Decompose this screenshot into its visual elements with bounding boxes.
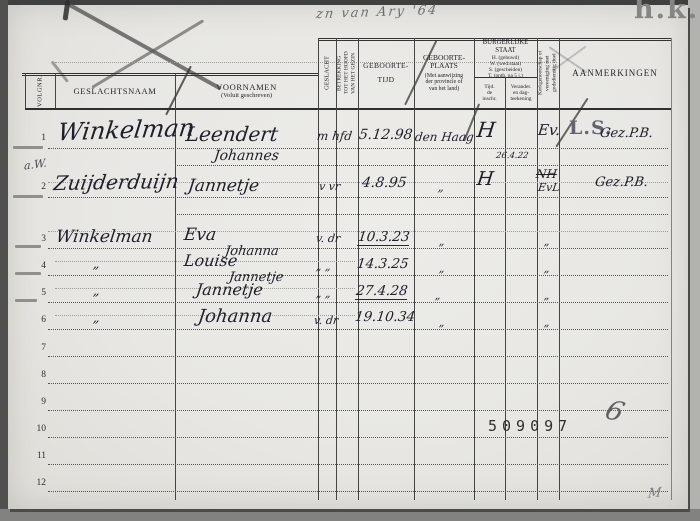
row3-surname: Winkelman <box>55 227 154 247</box>
row1-sex-relation: m hfd <box>316 129 353 143</box>
row4-sex-relation: „ „ <box>315 260 332 273</box>
row-number: 12 <box>26 478 46 488</box>
row-number: 7 <box>26 343 46 353</box>
burg-legend: H. (gehuwd) W. (wed.staat) S. (gescheide… <box>488 55 523 79</box>
row3-sex-relation: v. dr <box>315 232 341 245</box>
burg-title: BURGERLIJKE STAAT <box>483 39 529 54</box>
row3-birthdate: 10.3.23 <box>357 229 411 246</box>
row-number: 9 <box>26 397 46 407</box>
row5-sex-relation: „ „ <box>315 287 332 300</box>
row6-given-name: Johanna <box>197 306 274 327</box>
header-bottom-border <box>25 108 671 110</box>
row2-church-2: EvL <box>537 181 560 194</box>
row5-birthdate: 27.4.28 <box>355 283 409 300</box>
row-rule-5 <box>48 302 668 303</box>
row-rule-1 <box>48 148 668 149</box>
row-number: 1 <box>26 133 46 143</box>
column-header-geslachtsnaam: GESLACHTSNAAM <box>55 74 175 107</box>
row2-given-name: Jannetje <box>187 176 261 196</box>
row5-given-name: Jannetje <box>195 280 264 299</box>
scanned-family-register-card: zn van Ary '64 h.k. VOLGNR. GESLACHTSNAA… <box>0 0 700 521</box>
row-rule-3 <box>48 248 668 249</box>
column-header-aanmerkingen: AANMERKINGEN <box>559 39 671 107</box>
row-rule-2 <box>48 197 668 198</box>
grid-vline <box>671 38 672 500</box>
row-rule-4 <box>48 275 668 276</box>
photo-edge-left <box>0 0 8 521</box>
row-rule-8 <box>48 383 668 384</box>
column-header-geboorteplaats: GEBOORTE- PLAATS (Met aanwijzing der pro… <box>414 39 474 107</box>
row2-civil-status: H <box>476 168 495 190</box>
photo-edge-right <box>688 0 700 521</box>
pencil-dash <box>13 195 43 198</box>
voornamen-title: VOORNAMEN <box>216 82 277 92</box>
registration-number-stamp: 509097 <box>488 417 572 435</box>
pencil-dash <box>15 245 41 248</box>
row4-given-name: Louise <box>183 251 239 270</box>
row-rule-11 <box>48 464 668 465</box>
row2-sex-relation: v vr <box>318 180 341 193</box>
row-rule-10 <box>48 437 668 438</box>
column-header-geboortetijd: GEBOORTE- TIJD <box>358 39 414 107</box>
pencil-dash <box>15 272 41 275</box>
photo-edge-bottom <box>0 509 700 521</box>
row1-civil-status: H <box>476 118 497 142</box>
column-header-verandering: Verander. en dag- teekening <box>505 78 537 108</box>
row-number: 3 <box>26 234 46 244</box>
row1-given-name-2: Johannes <box>213 148 280 164</box>
row-rule-12 <box>48 491 668 492</box>
hk-stamp: h.k. <box>634 0 699 25</box>
row-number: 4 <box>26 261 46 271</box>
row1-birthplace: den Haag <box>414 130 475 144</box>
row-rule-2b <box>175 214 668 215</box>
row-rule-6 <box>48 329 668 330</box>
row-rule-9 <box>48 410 668 411</box>
row2-surname: Zuijderduijn <box>52 169 180 195</box>
row-number: 2 <box>26 182 46 192</box>
row1-remark: Gez.P.B. <box>599 126 654 141</box>
row2-remark: Gez.P.B. <box>594 175 649 190</box>
column-header-burgerlijke-staat: BURGERLIJKE STAAT H. (gehuwd) W. (wed.st… <box>474 39 537 77</box>
row1-birthdate: 5.12.98 <box>358 127 413 143</box>
pencil-dash <box>15 299 37 302</box>
row-number: 8 <box>26 370 46 380</box>
row-number: 5 <box>26 288 46 298</box>
row1-status-date: 26.4.22 <box>495 151 529 161</box>
row2-birthdate: 4.8.95 <box>361 175 407 191</box>
column-header-betrekking: BETREKKING TOT HET HOOFD VAN HET GEZIN <box>336 39 358 107</box>
geboorteplaats-title: GEBOORTE- PLAATS <box>423 54 465 71</box>
row-number: 6 <box>26 315 46 325</box>
row3-given-name: Eva <box>183 225 218 245</box>
grid-vline <box>414 38 415 500</box>
column-header-voornamen: VOORNAMEN (Voluit geschreven) <box>175 74 318 107</box>
grid-vline <box>336 38 337 500</box>
voornamen-subtitle: (Voluit geschreven) <box>221 92 272 99</box>
geboorteplaats-subtitle: (Met aanwijzing der provincie of van het… <box>425 73 463 93</box>
row6-birthdate: 19.10.34 <box>354 309 416 325</box>
row-number: 10 <box>26 424 46 434</box>
row4-birthdate: 14.3.25 <box>356 256 409 272</box>
row-rule-1b <box>175 165 668 166</box>
column-header-kerkgenootschap: Kerkgenootschap of vereeniging met godsd… <box>537 39 559 107</box>
row1-given-name: Leendert <box>185 122 280 146</box>
row1-surname: Winkelman <box>56 114 196 147</box>
row-rule-7 <box>48 356 668 357</box>
row-number: 11 <box>26 451 46 461</box>
column-header-volgnr: VOLGNR. <box>25 74 55 107</box>
corner-pencil-mark: M <box>647 485 662 502</box>
row6-sex-relation: v. dr <box>313 314 339 327</box>
column-header-geslacht: GESLACHT <box>318 39 336 107</box>
row2-church-crossed: NH <box>535 167 558 181</box>
column-header-tijd-inschrijving: Tijd. de inschr. <box>474 78 505 108</box>
row1-church: Ev. <box>537 121 562 139</box>
pencil-dash <box>13 146 43 149</box>
